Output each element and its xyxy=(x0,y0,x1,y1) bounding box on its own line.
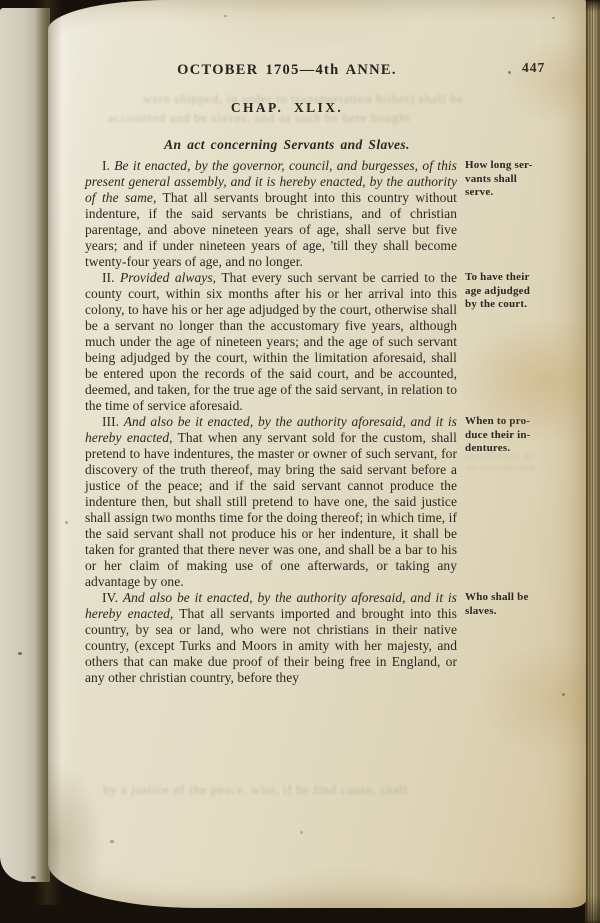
section-numeral: III. xyxy=(102,414,124,429)
section-body: That every such servant be carried to th… xyxy=(85,270,457,413)
foxing-speck xyxy=(552,17,555,19)
book-scan-scene: were shipped, in order to transportation… xyxy=(0,0,600,923)
paragraph-2: II. Provided always, That every such ser… xyxy=(85,270,457,414)
running-head: OCTOBER 1705—4th ANNE. xyxy=(101,62,473,79)
paragraph-4: IV. And also be it enacted, by the autho… xyxy=(85,590,457,686)
margin-note-produce-indentures: When to pro- duce their in- dentures. xyxy=(465,415,567,456)
book-page: were shipped, in order to transportation… xyxy=(48,0,586,908)
margin-note-age-adjudged: To have their age adjudged by the court. xyxy=(465,271,567,312)
paragraph-1: I. Be it enacted, by the governor, counc… xyxy=(85,158,457,270)
section-numeral: IV. xyxy=(102,590,123,605)
foxing-speck xyxy=(300,831,303,834)
section-body: That when any servant sold for the custo… xyxy=(85,430,457,589)
bleed-through-text: by a justice of the peace, who, if he fi… xyxy=(103,783,408,798)
statute-text: I. Be it enacted, by the governor, counc… xyxy=(85,158,457,686)
paragraph-3: III. And also be it enacted, by the auth… xyxy=(85,414,457,590)
margin-note-who-shall-be-slaves: Who shall be slaves. xyxy=(465,591,567,618)
act-title: An act concerning Servants and Slaves. xyxy=(101,137,473,153)
facing-page-edge xyxy=(0,8,50,882)
foxing-speck xyxy=(562,693,565,696)
page-number: 447 xyxy=(522,60,545,76)
foxing-speck xyxy=(224,15,227,17)
foxing-speck xyxy=(110,840,114,843)
margin-note-how-long-serve: How long ser- vants shall serve. xyxy=(465,159,567,200)
page-headings: OCTOBER 1705—4th ANNE. CHAP. XLIX. An ac… xyxy=(101,62,473,153)
enacting-clause: Provided always, xyxy=(120,270,216,285)
chapter-heading: CHAP. XLIX. xyxy=(101,100,473,116)
foxing-speck xyxy=(65,521,68,524)
section-numeral: II. xyxy=(102,270,120,285)
foxing-speck xyxy=(508,71,511,74)
section-numeral: I. xyxy=(102,158,114,173)
page-edge-stack xyxy=(585,0,600,923)
